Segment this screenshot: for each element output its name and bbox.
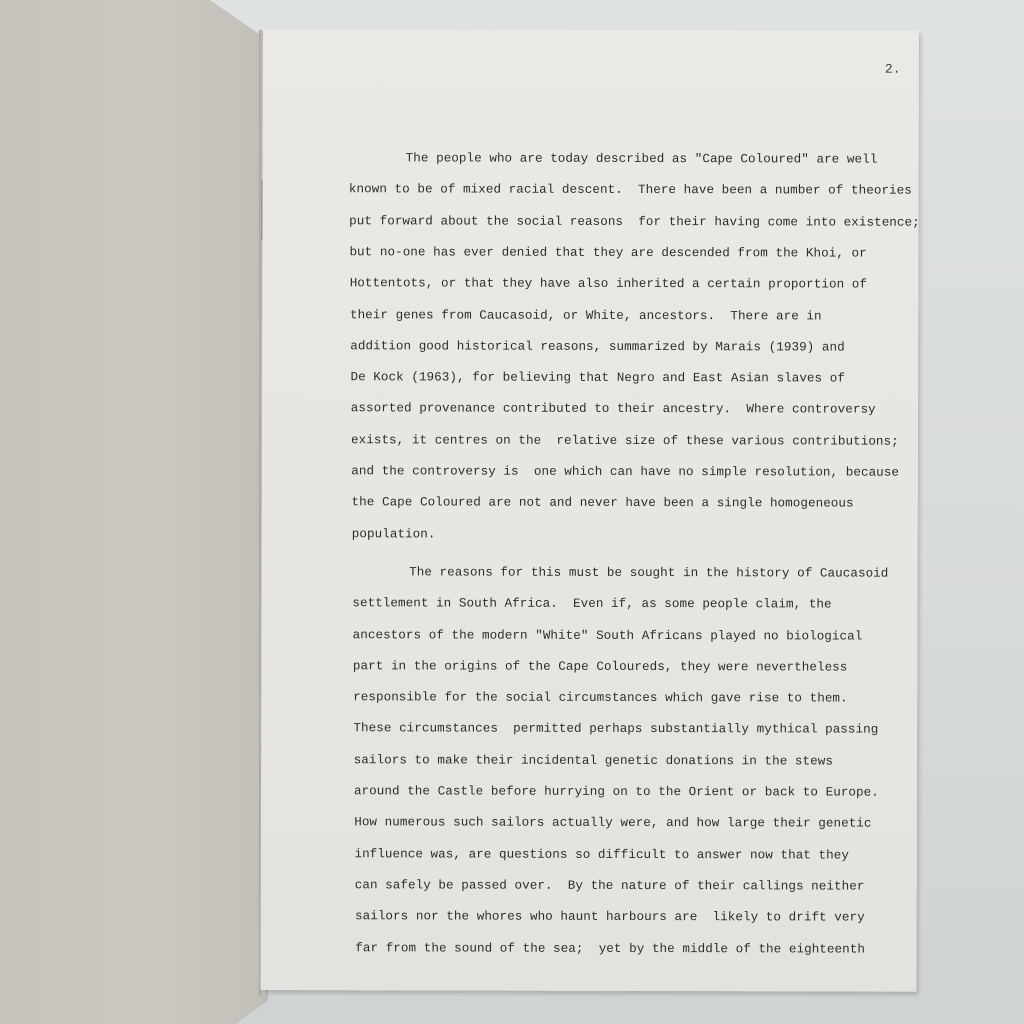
paragraph-line: sailors nor the whores who haunt harbour… [355, 909, 865, 924]
paragraph-line: responsible for the social circumstances… [353, 690, 848, 705]
paragraph-line: but no-one has ever denied that they are… [349, 245, 866, 260]
paragraph-line: These circumstances permitted perhaps su… [353, 722, 878, 737]
paragraph-line: settlement in South Africa. Even if, as … [352, 596, 831, 611]
paragraph-line: ancestors of the modern "White" South Af… [353, 628, 863, 643]
paragraph-line: around the Castle before hurrying on to … [354, 784, 879, 799]
paragraph-line: population. [352, 527, 436, 541]
paragraph-line: assorted provenance contributed to their… [351, 402, 876, 417]
paragraph-line: part in the origins of the Cape Coloured… [353, 659, 848, 674]
paragraph-line: How numerous such sailors actually were,… [354, 816, 871, 831]
paragraph-line: Hottentots, or that they have also inher… [350, 276, 867, 291]
paragraph-line: exists, it centres on the relative size … [351, 433, 899, 448]
paragraph-line: can safely be passed over. By the nature… [355, 878, 865, 893]
right-page: 2. The people who are today described as… [260, 29, 919, 992]
paragraph-line: addition good historical reasons, summar… [350, 339, 845, 354]
paragraph-line: their genes from Caucasoid, or White, an… [350, 308, 822, 323]
left-page [0, 0, 275, 1024]
paragraph-line: sailors to make their incidental genetic… [354, 753, 833, 768]
paragraph-line: put forward about the social reasons for… [349, 214, 920, 229]
page-number: 2. [885, 62, 901, 77]
paragraph-line: and the controversy is one which can hav… [351, 464, 899, 479]
paragraph-line: far from the sound of the sea; yet by th… [355, 941, 865, 956]
paragraph-first-line: The reasons for this must be sought in t… [409, 565, 888, 580]
paragraph-line: the Cape Coloured are not and never have… [352, 496, 854, 511]
paragraph-line: influence was, are questions so difficul… [354, 847, 849, 862]
paragraph-line: known to be of mixed racial descent. The… [349, 183, 912, 198]
paragraph-first-line: The people who are today described as "C… [406, 151, 878, 166]
paragraph-line: De Kock (1963), for believing that Negro… [350, 370, 845, 385]
